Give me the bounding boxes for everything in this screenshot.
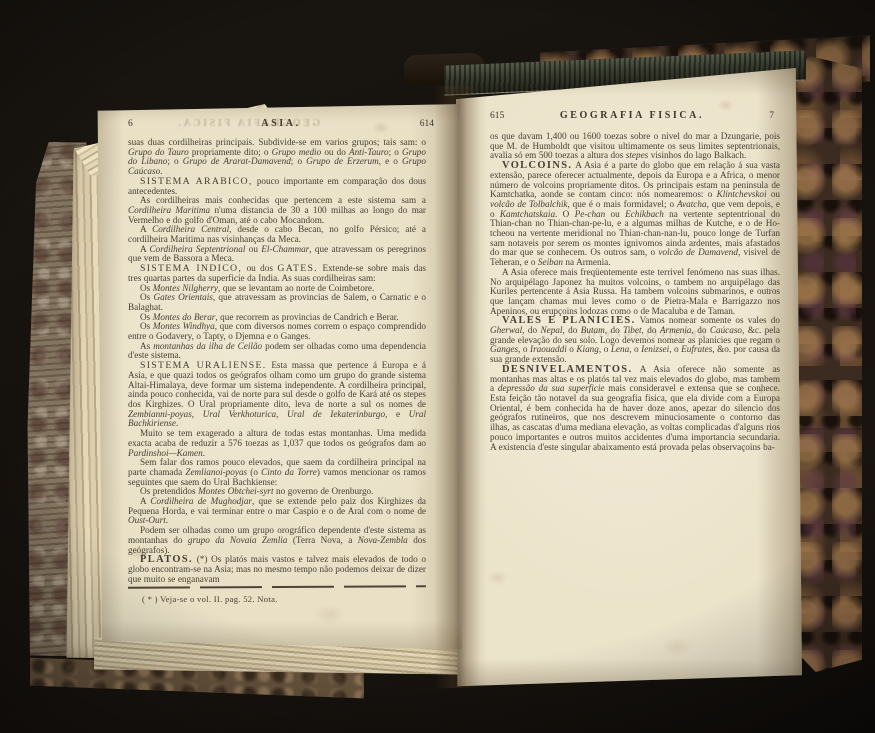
text-segment: , do — [522, 325, 540, 335]
paragraph: VALES E PLANICIES. Vamos nomear somente … — [490, 316, 780, 365]
text-segment: . O — [555, 209, 575, 219]
text-segment: Grupo de Ararat-Damavend — [183, 156, 291, 166]
text-segment: Ural Verkhoturica — [203, 409, 276, 419]
text-segment: Zembianni-poyas — [128, 409, 192, 419]
text-segment: . — [203, 448, 205, 458]
paragraph: Os Gates Orientais, que atravessam as pr… — [128, 293, 426, 312]
text-segment: ; o — [167, 156, 182, 166]
text-segment: , do — [605, 325, 623, 335]
text-segment: Zemlianoi-poyas — [185, 467, 247, 477]
paragraph: suas duas cordilheiras principais. Subdi… — [128, 138, 426, 177]
book-cover-right-edge — [792, 56, 862, 672]
text-segment: Ienizsei — [641, 344, 669, 354]
text-segment: Avatcha — [677, 199, 707, 209]
paragraph: A Cordilheira Central, desde o cabo Beca… — [128, 225, 426, 244]
text-segment: Oust-Ourt — [128, 515, 166, 525]
text-segment: Muito se tem exagerado a altura de todas… — [128, 428, 426, 448]
text-segment: , e — [385, 409, 409, 419]
paragraph: DESNIVELAMENTOS. A Asia oferece não some… — [490, 365, 780, 452]
text-segment: visinhos do lago Balkach. — [648, 150, 746, 160]
text-segment: grupo da Novaia Zemlia — [188, 535, 288, 545]
text-segment: Armenia — [660, 325, 692, 335]
page-number-left: 615 — [490, 111, 532, 121]
text-segment: ou do — [321, 147, 349, 157]
text-segment: Butam — [581, 325, 605, 335]
text-segment: Montes do Berar — [153, 312, 216, 322]
text-segment: Cordilheira de Mughodjar — [150, 496, 252, 506]
text-segment: ; o — [291, 156, 306, 166]
text-segment: , que é o mais formidavel; o — [567, 199, 677, 209]
text-segment: As cordilheiras mais conhecidas que pert… — [140, 195, 426, 205]
text-segment: Grupo do Tauro — [128, 147, 189, 157]
text-segment: Tibet — [623, 325, 641, 335]
text-segment: , o — [599, 344, 611, 354]
text-segment: ou — [245, 244, 261, 254]
text-segment: Iraouaddi — [530, 344, 567, 354]
text-segment: Grupo medio — [272, 147, 322, 157]
text-segment: , do — [562, 325, 580, 335]
text-segment: . — [176, 418, 178, 428]
text-segment: Echikbach — [625, 209, 664, 219]
text-segment: o — [567, 344, 577, 354]
paragraph: PLATOS. (*) Os platós mais vastos e talv… — [128, 555, 426, 584]
paragraph: As cordilheiras mais conhecidas que pert… — [128, 196, 426, 225]
paragraph: os que davam 1,400 ou 1600 toezas sobre … — [490, 132, 780, 161]
paragraph: Os Montes Windhya, que com diversos nome… — [128, 322, 426, 341]
footnote-text: ( * ) Veja-se o vol. II. pag. 52. Nota. — [128, 594, 426, 604]
paragraph: A Cordilheira de Mughodjar, que se exten… — [128, 497, 426, 526]
text-segment: . — [160, 166, 162, 176]
page-header: 615 GEOGRAFIA FISICA. 7 — [490, 110, 774, 121]
text-segment: montanhas da ilha de Ceilão — [153, 341, 262, 351]
text-segment: volcão de Damavend — [658, 247, 738, 257]
paragraph: SISTEMA INDICO, ou dos GATES. Extende-se… — [128, 264, 426, 283]
text-segment: Os — [140, 321, 153, 331]
page-number-right: 614 — [392, 119, 434, 129]
text-segment: , do — [692, 325, 710, 335]
text-segment: Nova-Zembla — [358, 535, 408, 545]
right-page: DESNIVELAMENTOS. 615 GEOGRAFIA FISICA. 7… — [456, 68, 802, 690]
text-segment: Gates Orientais — [153, 292, 212, 302]
text-segment: Cordilheira Septentrional — [149, 244, 245, 254]
text-segment: ou — [767, 189, 780, 199]
text-segment: (o — [247, 467, 261, 477]
paragraph: As montanhas da ilha de Ceilão podem ser… — [128, 342, 426, 361]
paragraph: VOLCOINS. A Asia é a parte do globo que … — [490, 161, 780, 268]
page-header: 6 GEOGRAFIA FISICA. ASIA. 614 — [128, 118, 434, 129]
text-segment: propriamente dito; o — [189, 147, 272, 157]
text-segment: As — [140, 341, 153, 351]
page-body-text: suas duas cordilheiras principais. Subdi… — [128, 138, 426, 584]
paragraph: SISTEMA ARABICO, pouco importante em com… — [128, 177, 426, 196]
text-segment: Cordilheira Central — [152, 224, 229, 234]
text-segment: Anti-Tauro — [349, 147, 389, 157]
text-segment: Nepal — [541, 325, 563, 335]
running-title: ASIA. — [170, 118, 392, 129]
footnote: ( * ) Veja-se o vol. II. pag. 52. Nota. — [128, 586, 426, 604]
page-body-text: os que davam 1,400 ou 1600 toezas sobre … — [490, 132, 780, 452]
text-segment: , — [192, 409, 203, 419]
text-segment: Ural de Iekaterinburgo — [287, 409, 385, 419]
footnote-rule — [128, 585, 426, 588]
page-number-left: 6 — [128, 119, 170, 129]
text-segment: , o — [669, 344, 681, 354]
text-segment: , o — [518, 344, 530, 354]
text-segment: ou — [605, 209, 625, 219]
text-segment: Os — [140, 283, 153, 293]
text-segment: depressão da sua superficie — [498, 383, 605, 393]
text-segment: volcão de Tolbalchik — [490, 199, 567, 209]
paragraph: A Asia oferece mais freqüentemente este … — [490, 268, 780, 317]
text-segment: Pardinshoi—Kamen — [128, 448, 203, 458]
text-segment: stepes — [626, 150, 648, 160]
text-segment: A — [140, 224, 152, 234]
paragraph: Podem ser olhadas como um grupo orográfi… — [128, 526, 426, 555]
text-segment: Montes Windhya — [153, 321, 215, 331]
text-segment: A — [140, 496, 150, 506]
running-title: GEOGRAFIA FISICA. — [532, 110, 732, 121]
left-page: 6 GEOGRAFIA FISICA. ASIA. 614 suas duas … — [94, 94, 462, 654]
page-number-right: 7 — [732, 111, 774, 121]
text-segment: , do — [642, 325, 660, 335]
paragraph: Sem falar dos ramos pouco elevados, que … — [128, 458, 426, 487]
text-segment: (Terra Nova, a — [287, 535, 357, 545]
text-segment: Os — [140, 312, 153, 322]
text-segment: Montes Obtchei-syrt — [198, 486, 273, 496]
text-segment: Klintchevskoi — [717, 189, 767, 199]
text-segment: Grupo de Erzerum — [306, 156, 379, 166]
text-segment: , que recorrem as provincias de Candrich… — [215, 312, 398, 322]
text-segment: Seiban — [538, 257, 563, 267]
text-segment: El-Chammar — [261, 244, 309, 254]
text-segment: Vamos nomear somente os vales do — [636, 315, 780, 325]
text-segment: Pe-chan — [575, 209, 606, 219]
text-segment: Ganges — [490, 344, 518, 354]
text-segment: Os — [140, 292, 153, 302]
paragraph: SISTEMA URALIENSE. Esta massa que perten… — [128, 361, 426, 429]
text-segment: Cinto da Torre — [261, 467, 317, 477]
text-segment: na Armenia. — [563, 257, 611, 267]
photo-backdrop: DESNIVELAMENTOS. 615 GEOGRAFIA FISICA. 7… — [0, 0, 875, 733]
text-segment: . — [166, 515, 168, 525]
paragraph: A Cordilheira Septentrional ou El-Chamma… — [128, 245, 426, 264]
text-segment: Kiang — [576, 344, 598, 354]
text-segment: , — [276, 409, 287, 419]
text-segment: ; o — [389, 147, 402, 157]
text-segment: Caúcaso — [710, 325, 742, 335]
text-segment: mais consideravel e extensa que se conhe… — [490, 383, 780, 451]
text-segment: A Asia oferece mais freqüentemente este … — [490, 267, 780, 316]
text-segment: Os pretendidos — [140, 486, 198, 496]
text-segment: Lena — [611, 344, 629, 354]
text-segment: Cordilheira Maritima — [128, 205, 210, 215]
text-segment: Gherwal — [490, 325, 522, 335]
text-segment: Eufrates — [681, 344, 712, 354]
text-segment: Kamtchatskaia — [500, 209, 555, 219]
text-segment: suas duas cordilheiras principais. Subdi… — [128, 138, 426, 147]
paragraph: Muito se tem exagerado a altura de todas… — [128, 429, 426, 458]
text-segment: Montes Nilgherry — [153, 283, 218, 293]
text-segment: ou dos — [242, 263, 277, 273]
text-segment: , o — [629, 344, 641, 354]
text-segment: no governo de Orenburgo. — [274, 486, 374, 496]
text-segment: , que se levantam ao norte de Coimbetore… — [218, 283, 374, 293]
text-segment: , e o — [379, 156, 402, 166]
